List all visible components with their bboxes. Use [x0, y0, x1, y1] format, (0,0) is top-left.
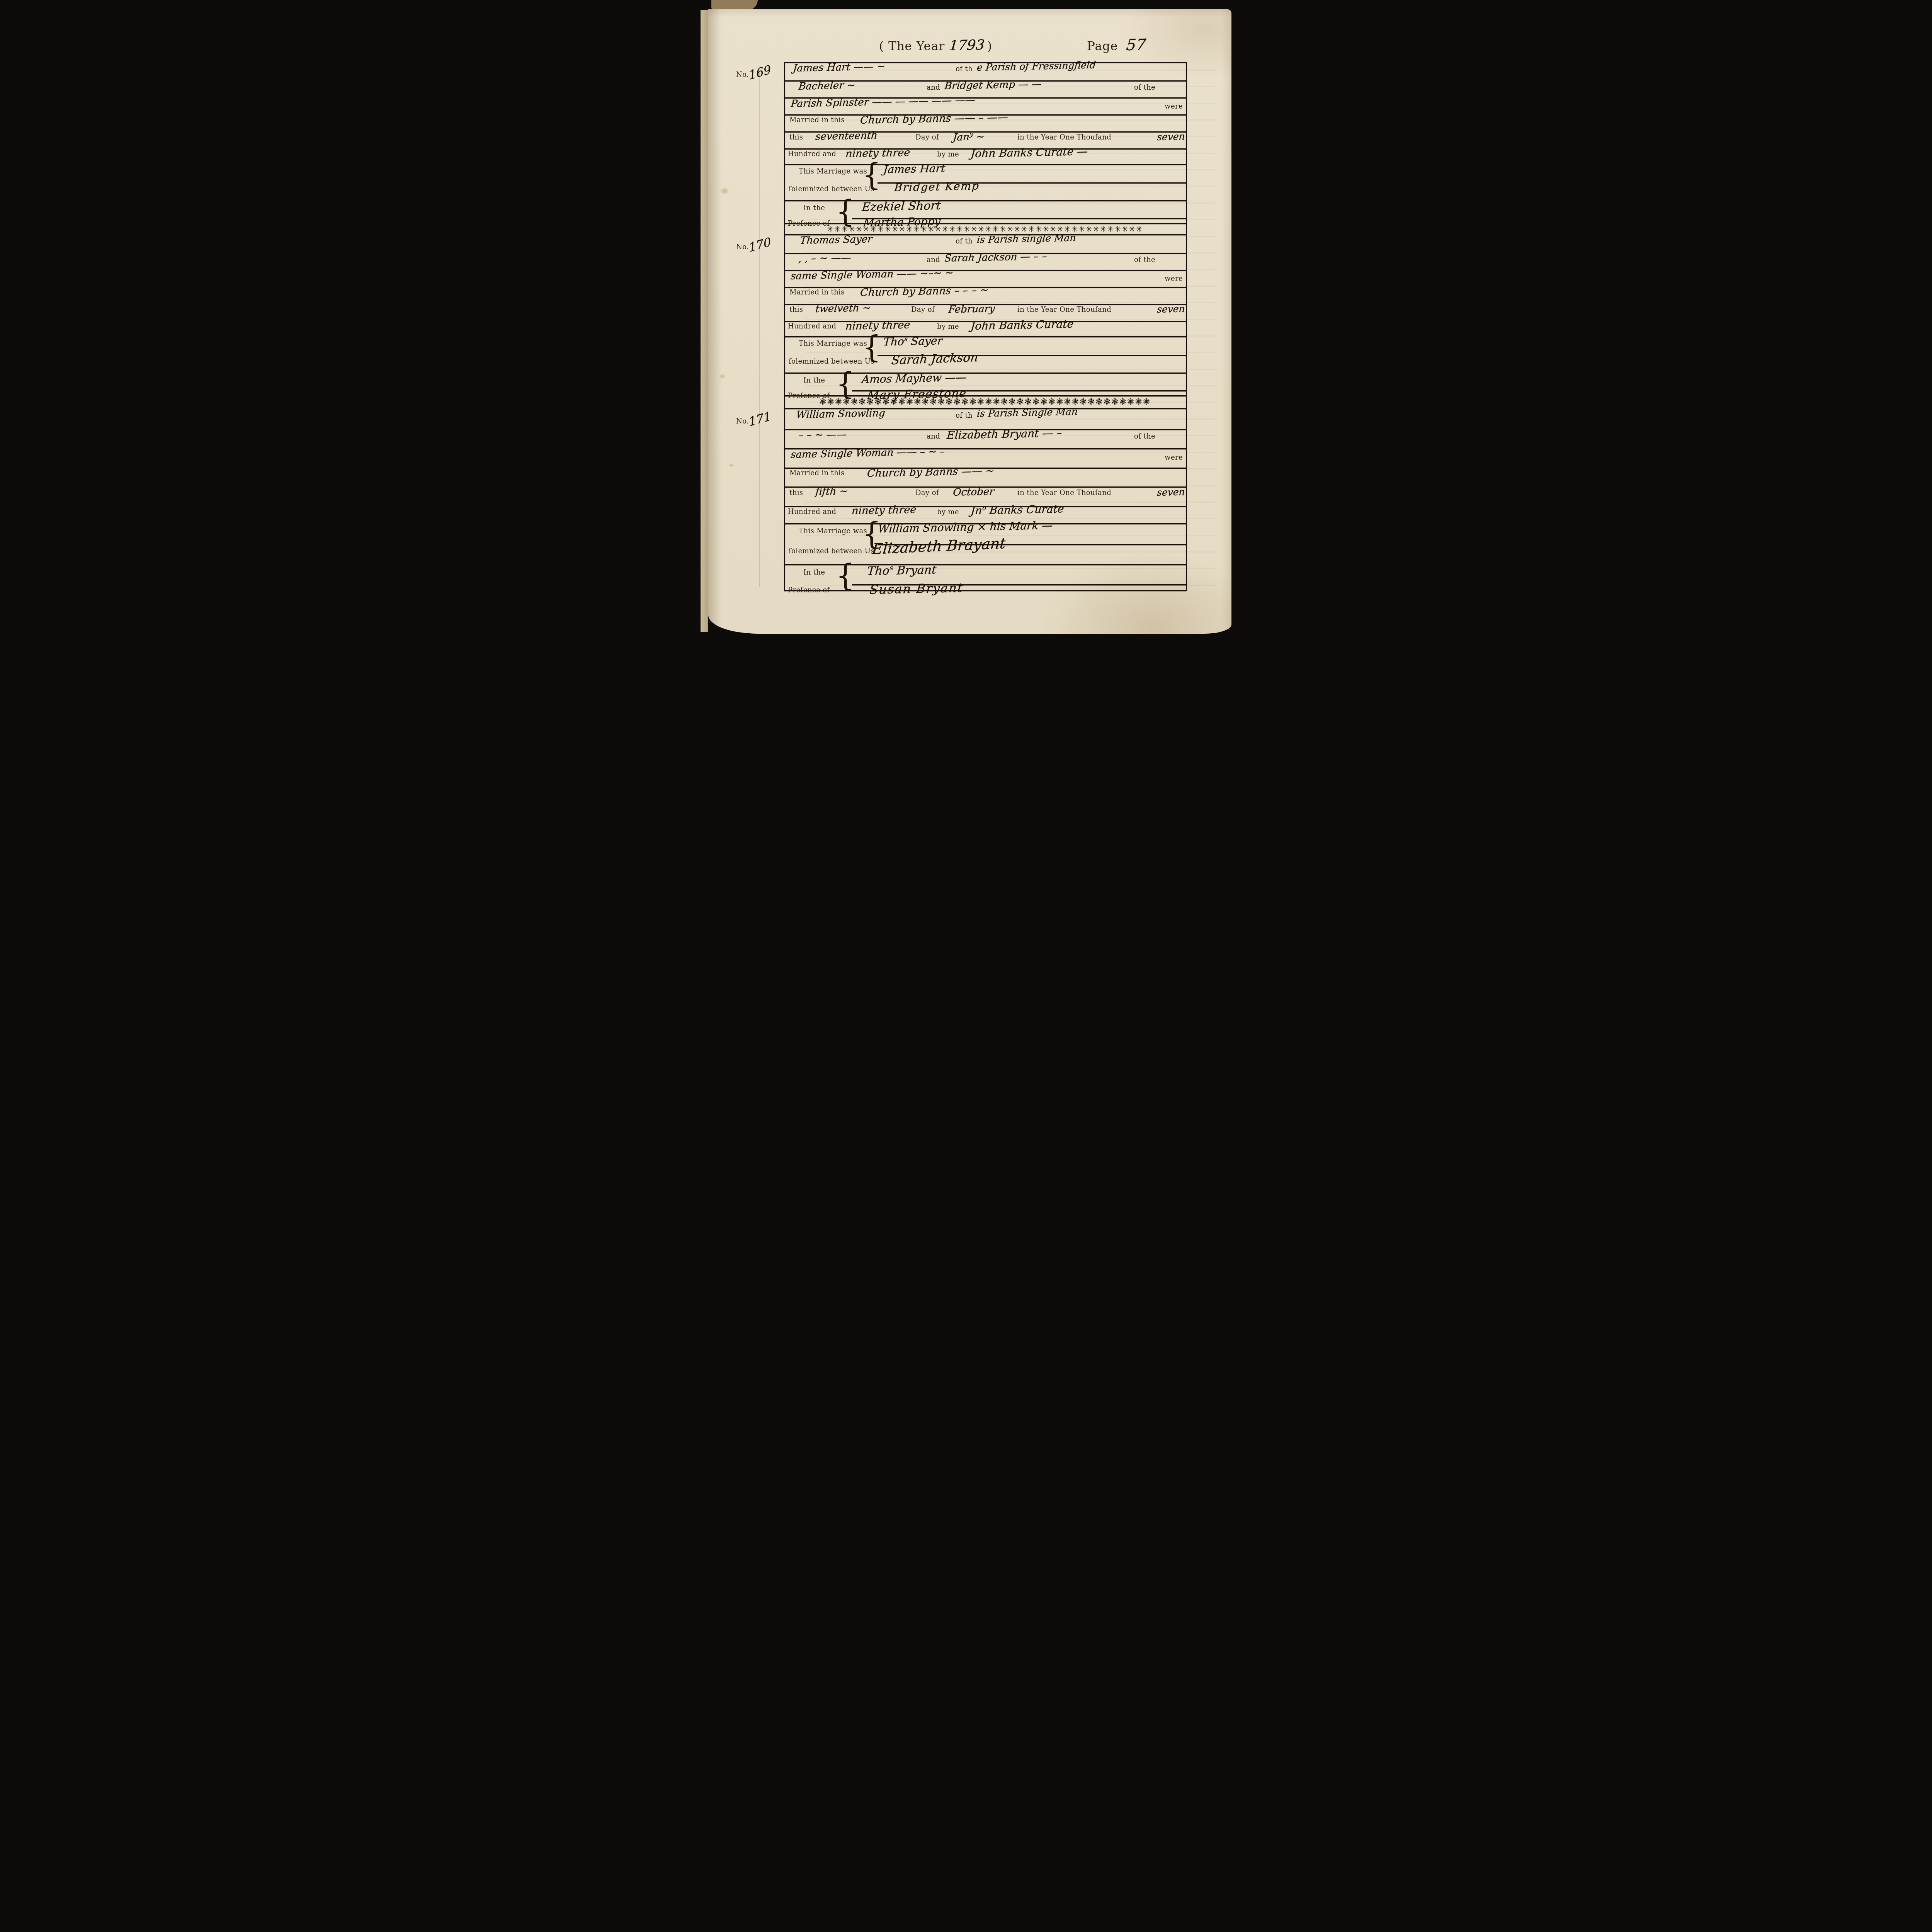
- groom-condition-entry: – – ~ ——: [798, 429, 847, 442]
- header-year-close: ): [987, 39, 992, 53]
- form-hundred-and: Hundred and: [788, 508, 836, 516]
- brace-witnesses: {: [836, 371, 855, 397]
- curate-signature: John Banks Curate —: [970, 145, 1088, 160]
- groom-signature: James Hart: [883, 162, 946, 176]
- record-number: No.170: [736, 238, 794, 252]
- curate-signature: John Banks Curate: [970, 318, 1074, 332]
- brace-witnesses: {: [836, 199, 855, 224]
- form-in-the: In the: [803, 204, 825, 213]
- year-ninety-entry: ninety three: [851, 504, 917, 517]
- form-by-me: by me: [937, 151, 959, 159]
- form-and: and: [927, 433, 940, 441]
- form-this: this: [789, 134, 803, 142]
- month-entry: Jany ~: [952, 131, 985, 143]
- no-label: No.: [736, 71, 749, 79]
- form-were: were: [1165, 275, 1183, 283]
- church-banns-entry: Church by Banns – – – ~: [860, 284, 989, 299]
- form-solemnized: ſolemnized between Us: [789, 358, 874, 366]
- form-married-in-this: Married in this: [789, 289, 845, 297]
- page-label: Page: [1087, 39, 1118, 53]
- form-this-marriage-was: This Marriage was: [799, 527, 867, 536]
- form-and: and: [927, 84, 940, 92]
- form-this: this: [789, 489, 803, 497]
- marriage-record-171: No.171 William Snowling of th is Parish …: [701, 408, 1231, 591]
- no-label: No.: [736, 243, 749, 251]
- rule: [784, 336, 1186, 337]
- brace-couple: {: [862, 162, 881, 188]
- form-of-th: of th: [956, 412, 973, 420]
- groom-condition-entry: Bacheler ~: [798, 80, 856, 93]
- day-ordinal-entry: seventeenth: [815, 130, 878, 143]
- form-this: this: [789, 306, 803, 314]
- page-header: ( The Year 1793 ) Page 57: [701, 37, 1231, 59]
- groom-parish-entry: is Parish single Man: [976, 232, 1077, 245]
- groom-signature: Thos Sayer: [883, 335, 943, 349]
- curate-signature: Jno Banks Curate: [970, 503, 1065, 517]
- day-ordinal-entry: fifth ~: [815, 486, 849, 498]
- groom-name-entry: William Snowling: [796, 408, 886, 421]
- bride-condition-entry: Parish Spinster —— — —— —— ——: [790, 95, 976, 110]
- year-seven-entry: seven: [1156, 486, 1185, 498]
- form-day-of: Day of: [915, 489, 939, 497]
- groom-parish-entry: is Parish Single Man: [976, 406, 1078, 419]
- form-of-the: of the: [1134, 84, 1155, 92]
- form-married-in-this: Married in this: [789, 469, 845, 478]
- form-were: were: [1165, 454, 1183, 462]
- bride-signature: Bridget Kemp: [894, 180, 980, 194]
- form-solemnized: ſolemnized between Us: [789, 185, 874, 194]
- bride-signature: Elizabeth Brayant: [871, 535, 1007, 558]
- rule: [784, 164, 1186, 165]
- form-married-in-this: Married in this: [789, 116, 845, 124]
- witness1-signature: Amos Mayhew ——: [861, 371, 967, 386]
- record-number: No.171: [736, 413, 794, 427]
- groom-name-entry: Thomas Sayer: [799, 234, 873, 247]
- bride-name-entry: Bridget Kemp — —: [944, 78, 1042, 92]
- form-were: were: [1165, 103, 1183, 111]
- church-banns-entry: Church by Banns —— ~: [867, 465, 995, 480]
- month-entry: October: [952, 486, 995, 499]
- record-number-value: 169: [748, 62, 772, 82]
- bride-signature: Sarah Jackson: [891, 351, 979, 368]
- groom-condition-entry: , , – ~ ——: [798, 252, 852, 265]
- form-day-of: Day of: [911, 306, 935, 314]
- marriage-register-table: No.169 James Hart —— ~ of th e Parish of…: [701, 62, 1231, 591]
- page-number: 57: [1126, 36, 1147, 54]
- ornament-separator: ✳✳✳✳✳✳✳✳✳✳✳✳✳✳✳✳✳✳✳✳✳✳✳✳✳✳✳✳✳✳✳✳✳✳✳✳✳✳✳✳…: [784, 224, 1186, 234]
- form-this-marriage-was: This Marriage was: [799, 168, 867, 176]
- form-and: and: [927, 256, 940, 264]
- form-year-phrase: in the Year One Thouſand: [1017, 306, 1111, 314]
- bride-condition-entry: same Single Woman —— – ~ –: [790, 446, 945, 461]
- register-scan-page: ( The Year 1793 ) Page 57 No.169 James H…: [701, 0, 1231, 645]
- form-in-the: In the: [803, 377, 825, 385]
- form-of-th: of th: [956, 65, 973, 73]
- marriage-record-170: No.170 Thomas Sayer of th is Parish sing…: [701, 234, 1231, 396]
- form-of-the: of the: [1134, 433, 1155, 441]
- page-edge-fiber: [711, 0, 758, 10]
- year-seven-entry: seven: [1156, 131, 1185, 143]
- witness1-signature: Thos Bryant: [867, 563, 937, 578]
- form-this-marriage-was: This Marriage was: [799, 340, 867, 348]
- bride-name-entry: Sarah Jackson — – –: [944, 251, 1047, 265]
- form-solemnized: ſolemnized between Us: [789, 548, 874, 556]
- no-label: No.: [736, 417, 749, 425]
- form-day-of: Day of: [915, 134, 939, 142]
- bride-condition-entry: same Single Woman —— ~–~ ~: [790, 267, 954, 282]
- form-of-the: of the: [1134, 256, 1155, 264]
- witness2-signature: Susan Bryant: [869, 581, 964, 597]
- record-number-value: 170: [748, 235, 772, 255]
- record-number-value: 171: [748, 409, 772, 429]
- form-presence-of: Preſence of: [788, 587, 830, 595]
- header-year-open: ( The Year: [879, 39, 945, 53]
- form-year-phrase: in the Year One Thouſand: [1017, 489, 1111, 497]
- year-seven-entry: seven: [1156, 304, 1185, 315]
- bride-name-entry: Elizabeth Bryant — –: [946, 427, 1063, 442]
- ornament-separator: ❃❃❃❃❃❃❃❃❃❃❃❃❃❃❃❃❃❃❃❃❃❃❃❃❃❃❃❃❃❃❃❃❃❃❃❃❃❃❃❃…: [784, 396, 1186, 408]
- church-banns-entry: Church by Banns —— – ——: [860, 111, 1009, 126]
- header-year-value: 1793: [949, 37, 985, 54]
- brace-couple: {: [862, 335, 881, 360]
- form-by-me: by me: [937, 509, 959, 517]
- groom-parish-entry: e Parish of Fressingfield: [976, 60, 1096, 73]
- form-year-phrase: in the Year One Thouſand: [1017, 134, 1111, 142]
- brace-witnesses: {: [836, 563, 855, 588]
- witness1-signature: Ezekiel Short: [861, 199, 941, 214]
- form-hundred-and: Hundred and: [788, 323, 836, 331]
- month-entry: February: [948, 303, 995, 316]
- day-ordinal-entry: twelveth ~: [815, 303, 871, 315]
- form-hundred-and: Hundred and: [788, 150, 836, 158]
- record-number: No.169: [736, 66, 794, 80]
- marriage-record-169: No.169 James Hart —— ~ of th e Parish of…: [701, 62, 1231, 224]
- groom-signature: William Snowling × his Mark —: [878, 519, 1053, 535]
- form-by-me: by me: [937, 323, 959, 331]
- form-of-th: of th: [956, 238, 973, 246]
- groom-name-entry: James Hart —— ~: [793, 61, 886, 75]
- form-in-the: In the: [803, 569, 825, 577]
